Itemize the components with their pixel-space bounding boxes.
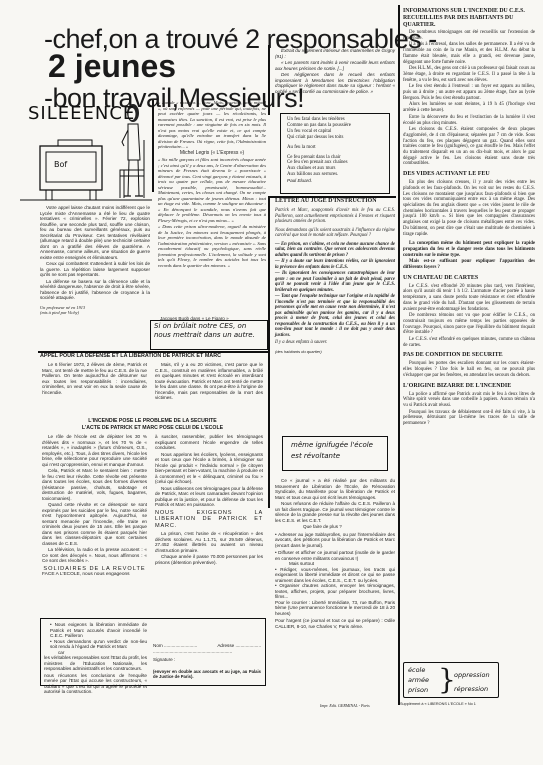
incendie-title-line-2: L'ACTE DE PATRICK ET MARC POSE CELUI DE … bbox=[40, 425, 265, 432]
lettre-paragraph: — Ils ignoraient les conséquences catast… bbox=[275, 271, 395, 293]
appel-title: APPEL POUR LA DEFENSE ET LA LIBERATION D… bbox=[40, 353, 280, 360]
incendie-paragraph: Le rôle de l'école est de dépister les 3… bbox=[42, 434, 147, 467]
appel-col-1: Le 6 février 1973, 2 élèves de 4ème, Pat… bbox=[42, 362, 147, 396]
lettre-title: LETTRE AU JUGE D'INSTRUCTION bbox=[275, 198, 377, 205]
tv-screen-text: Bof bbox=[54, 160, 67, 169]
info-paragraph: Alors les lumières se sont éteintes, à 1… bbox=[403, 102, 535, 113]
lettre-paragraph: — Tant que l'enquête technique sur l'ori… bbox=[275, 294, 395, 338]
lettre-paragraph: Patrick et Marc, soupçonnés d'avoir mis … bbox=[275, 208, 395, 225]
conception-paragraph: La conception même du bâtiment peut expl… bbox=[403, 241, 535, 258]
letter-paragraph: Votre appel laisse d'autant moins indiff… bbox=[40, 205, 150, 260]
handwritten-box-ces: Si on brûlait notre CES, on nous mettrai… bbox=[150, 320, 268, 350]
lettre-signature: (des habitants du quartier) bbox=[275, 349, 395, 355]
lettre-body: Patrick et Marc, soupçonnés d'avoir mis … bbox=[275, 208, 395, 354]
handwritten-word: répression bbox=[454, 682, 490, 696]
lettre-paragraph: Nous demandons qu'ils soient soustraits … bbox=[275, 228, 395, 239]
address-field[interactable]: Adresse .................... bbox=[217, 643, 261, 649]
handwritten-right-words: oppression répression bbox=[454, 668, 490, 696]
solidaires-sub: FACE A L'ECOLE, nous nous engageons bbox=[42, 572, 147, 578]
journal-paragraph: Ce « journal » a été réalisé par des mil… bbox=[275, 478, 395, 500]
petition-form: Nous exigeons la libération immédiate de… bbox=[40, 618, 266, 686]
lettre-paragraph: Il y a deux enfants à sauver. bbox=[275, 340, 395, 346]
action-item: Diffuser et afficher ce journal partout … bbox=[275, 550, 395, 561]
extract-paragraph: « Les parents sont invités à venir recue… bbox=[275, 60, 395, 71]
incendie-col-1: Le rôle de l'école est de dépister les 3… bbox=[42, 434, 147, 578]
handwritten-word: prison bbox=[408, 685, 429, 695]
lettre-paragraph: — En prison, on s'abîme, et cela ne donn… bbox=[275, 242, 395, 259]
incendie-paragraph: Nous appelons les écoliers, lycéens, ens… bbox=[155, 452, 263, 485]
cartoon-divider bbox=[152, 100, 154, 192]
vides-paragraph: En plus des cloisons creuses, il y avait… bbox=[403, 180, 535, 237]
action-item: Organiser d'autres actions, envoyer les … bbox=[275, 583, 395, 600]
handwritten-box-ecole-armee-prison: école armée prison } oppression répressi… bbox=[403, 662, 499, 698]
lettre-rule bbox=[268, 196, 270, 508]
securite-paragraph: Pourquoi les portes des escaliers donnan… bbox=[403, 361, 535, 378]
handwritten-word: école bbox=[408, 665, 429, 675]
exigeons-title: NOUS EXIGEONS LA LIBERATION DE PATRICK E… bbox=[155, 510, 263, 530]
securite-title: PAS DE CONDITION DE SECURITE bbox=[403, 352, 535, 359]
origine-title: L'ORIGINE BIZARRE DE L'INCENDIE bbox=[403, 383, 535, 390]
mais-paragraph: Mais est-ce suffisant pour expliquer l'a… bbox=[403, 259, 535, 270]
petition-reason-2: nous récusons les conclusions de l'enquê… bbox=[44, 673, 147, 695]
journal-paragraph: Nous refusons de réduire l'affaire du C.… bbox=[275, 501, 395, 523]
letter-annemasse: Votre appel laisse d'autant moins indiff… bbox=[40, 205, 150, 315]
chateau-title: UN CHATEAU DE CARTES bbox=[403, 275, 535, 282]
incendie-paragraph: Chaque année il passe 70.000 personnes p… bbox=[155, 554, 263, 565]
incendie-col-2: à susciter, rassembler, publier les témo… bbox=[155, 434, 263, 566]
quote-fresnes: « Six mille garçons et filles sont incar… bbox=[158, 157, 266, 223]
letter-paragraph: Ceux qui combattent s'attendent à subir … bbox=[40, 261, 150, 278]
handwritten-ignifugee-text: même ignifugée l'école est révoltante bbox=[291, 440, 379, 462]
chateau-paragraph: De nombreux témoins ont vu que pour édif… bbox=[403, 313, 535, 336]
cartoon-caption: SILEEENCE bbox=[28, 103, 135, 124]
chateau-paragraph: Le C.E.S. s'est effondré 20 minutes plus… bbox=[403, 284, 535, 313]
handwritten-word: oppression bbox=[454, 668, 490, 682]
extract-intro: Extrait du règlement intérieur des mater… bbox=[275, 48, 395, 59]
grigny-extract: Extrait du règlement intérieur des mater… bbox=[275, 48, 395, 95]
incendie-paragraph: Nous utiliserons ces témoignages pour la… bbox=[155, 486, 263, 508]
journal-section: Ce « journal » a été réalisé par des mil… bbox=[275, 478, 395, 629]
letter-paragraph: La défense se basera sur la clémence uti… bbox=[40, 279, 150, 301]
petition-item: Nous demandons qu'un verdict de non-lieu… bbox=[44, 639, 147, 650]
address-line-field[interactable]: ........................................… bbox=[153, 649, 261, 655]
quote-column: « Pas de « moutons », donc. Mais, pourta… bbox=[158, 100, 266, 269]
informations-title: INFORMATIONS SUR L'INCENDIE DU C.E.S. RE… bbox=[403, 8, 535, 28]
petition-reason: les véritables responsables sont l'Etat … bbox=[44, 655, 147, 672]
appel-col-2: Mais, s'il y a eu 20 victimes, c'est par… bbox=[155, 362, 263, 402]
action-item: Adresser au juge Sablayrolles, ou par l'… bbox=[275, 532, 395, 549]
incendie-paragraph: à susciter, rassembler, publier les témo… bbox=[155, 434, 263, 451]
origine-paragraph: La police a affirmé que Patrick avait mi… bbox=[403, 392, 535, 409]
origine-paragraph: Pourquoi les travaux de déblaiement ont-… bbox=[403, 410, 535, 427]
info-paragraph: Les cloisons du C.E.S. étaient composées… bbox=[403, 127, 535, 167]
petition-send-note: (envoyer en double aux avocats et au jug… bbox=[153, 669, 261, 680]
cartoon-illustration: SILEEENCE Bof bbox=[20, 100, 152, 202]
info-paragraph: Entre la découverte du feu et l'extincti… bbox=[403, 115, 535, 126]
poem-lines: Un feu fatal dans les ténèbres Comme un … bbox=[287, 117, 383, 184]
supplement-footer: Supplément à « LIBERONS L'ECOLE » No 1 bbox=[400, 702, 476, 706]
info-paragraph: Des H.L.M., des gens ont crié à un profe… bbox=[403, 66, 535, 83]
incendie-paragraph: Quand cette révolte et ce désespoir se s… bbox=[42, 502, 147, 546]
imprimeur-credit: Impr. Edit. GERMINAL - Paris bbox=[320, 703, 370, 708]
quote-fleury: « Dans cette prison ultra-moderne, orgue… bbox=[158, 224, 266, 268]
signature-field[interactable]: Signature : bbox=[153, 657, 261, 663]
incendie-title: L'INCENDIE POSE LE PROBLEME DE LA SECURI… bbox=[40, 418, 265, 431]
info-paragraph: Le feu s'est étendu à l'entresol : un fo… bbox=[403, 84, 535, 101]
newspaper-page: -chef,on a trouvé 2 responsables - 2 jeu… bbox=[0, 0, 543, 765]
handwritten-box-ignifugee: même ignifugée l'école est révoltante bbox=[282, 436, 388, 471]
chateau-paragraph: Le C.E.S. s'est effondré en quelques min… bbox=[403, 337, 535, 348]
petition-col-2: Nom .......................... Adresse .… bbox=[153, 622, 261, 680]
letter-signature: Un professeur né en 1913 (mis à pied par… bbox=[40, 305, 150, 315]
informations-body: De nombreux témoignages ont été recueill… bbox=[403, 30, 535, 428]
letter-signature-line-2: (mis à pied par Vichy) bbox=[40, 310, 150, 315]
handwritten-left-words: école armée prison bbox=[408, 665, 429, 695]
incendie-paragraph: La télévision, la radio et la presse acc… bbox=[42, 547, 147, 564]
info-paragraph: De nombreux témoignages ont été recueill… bbox=[403, 30, 535, 41]
quote-express: « Pas de « moutons », donc. Mais, pourta… bbox=[158, 100, 266, 150]
info-paragraph: Il a pris à l'entresol, dans les salles … bbox=[403, 42, 535, 65]
petition-col-1: Nous exigeons la libération immédiate de… bbox=[44, 622, 147, 695]
headline-line-2: 2 jeunes bbox=[48, 50, 176, 82]
que-faire: Que faire de plus ? bbox=[275, 524, 395, 530]
action-item: Rédiger, vous-mêmes, les journaux, les t… bbox=[275, 567, 395, 584]
extract-paragraph: Des négligences dans le recueil des enfa… bbox=[275, 72, 395, 94]
handwritten-ces-text: Si on brûlait notre CES, on nous mettrai… bbox=[154, 322, 264, 340]
petition-item: Nous exigeons la libération immédiate de… bbox=[44, 622, 147, 639]
handwritten-word: armée bbox=[408, 675, 429, 685]
poem-author: Paul Eluard. bbox=[287, 178, 383, 184]
lettre-paragraph: — Il y a doute sur leurs intentions réel… bbox=[275, 259, 395, 270]
courrier-address: Pour le courrier : Liberté Immédiate, 73… bbox=[275, 600, 395, 617]
appel-paragraph: Mais, s'il y a eu 20 victimes, c'est par… bbox=[155, 362, 263, 401]
argent-address: Pour l'argent (ce journal et tout ce qui… bbox=[275, 618, 395, 629]
vides-title: DES VIDES ACTIVANT LE FEU bbox=[403, 171, 535, 178]
appel-paragraph: Le 6 février 1973, 2 élèves de 4ème, Pat… bbox=[42, 362, 147, 395]
incendie-paragraph: Cela, Patrick et Marc le sentaient bien … bbox=[42, 468, 147, 501]
middle-column-rule bbox=[268, 45, 270, 115]
incendie-paragraph: La prison, c'est l'usine de « récupérati… bbox=[155, 531, 263, 553]
name-field[interactable]: Nom .......................... bbox=[153, 643, 197, 649]
right-column-rule bbox=[398, 5, 400, 705]
eluard-poem-box: Un feu fatal dans les ténèbres Comme un … bbox=[280, 113, 390, 194]
quote-author-express: Michel Legris (« L'Express ») bbox=[158, 151, 266, 157]
